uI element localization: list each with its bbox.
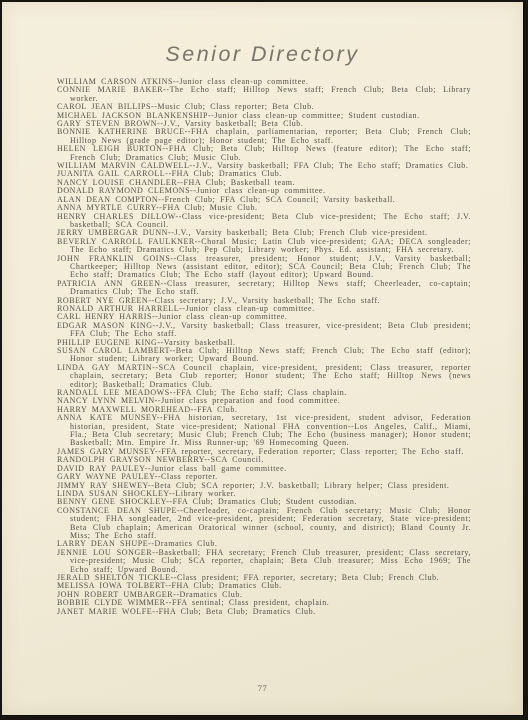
directory-entry: HELEN LEIGH BURTON--FHA Club; Beta Club;… xyxy=(57,145,471,162)
directory-entry: CONNIE MARIE BAKER--The Echo staff; Hill… xyxy=(57,86,471,103)
directory-entry: JOHN FRANKLIN GOINS--Class treasurer, pr… xyxy=(57,255,471,280)
directory-entry: CONSTANCE DEAN SHUPE--Cheerleader, co-ca… xyxy=(57,507,471,541)
directory-entry: LINDA GAY MARTIN--SCA Council chaplain, … xyxy=(57,364,471,389)
directory-entry: JANET MARIE WOLFE--FHA Club; Beta Club; … xyxy=(57,608,471,616)
yearbook-page: Senior Directory WILLIAM CARSON ATKINS--… xyxy=(2,2,524,716)
directory-entry: ANNA KATE MUNSEY--FHA historian, secreta… xyxy=(57,414,471,448)
directory-entry: EDGAR MASON KING--J.V., Varsity basketba… xyxy=(57,322,471,339)
directory-entry: PATRICIA ANN GREEN--Class treasurer, sec… xyxy=(57,280,471,297)
directory-list: WILLIAM CARSON ATKINS--Junior class clea… xyxy=(57,78,471,616)
directory-entry: HENRY CHARLES DILLOW--Class vice-preside… xyxy=(57,213,471,230)
directory-entry: BONNIE KATHERINE BRUCE--FHA chaplain, pa… xyxy=(57,128,471,145)
directory-entry: SUSAN CAROL LAMBERT--Beta Club; Hilltop … xyxy=(57,347,471,364)
page-number: 77 xyxy=(2,683,523,693)
directory-entry: JENNIE LOU SONGER--Basketball; FHA secre… xyxy=(57,549,471,574)
directory-entry: BEVERLY CARROLL FAULKNER--Choral Music; … xyxy=(57,238,471,255)
page-title: Senior Directory xyxy=(2,42,523,67)
